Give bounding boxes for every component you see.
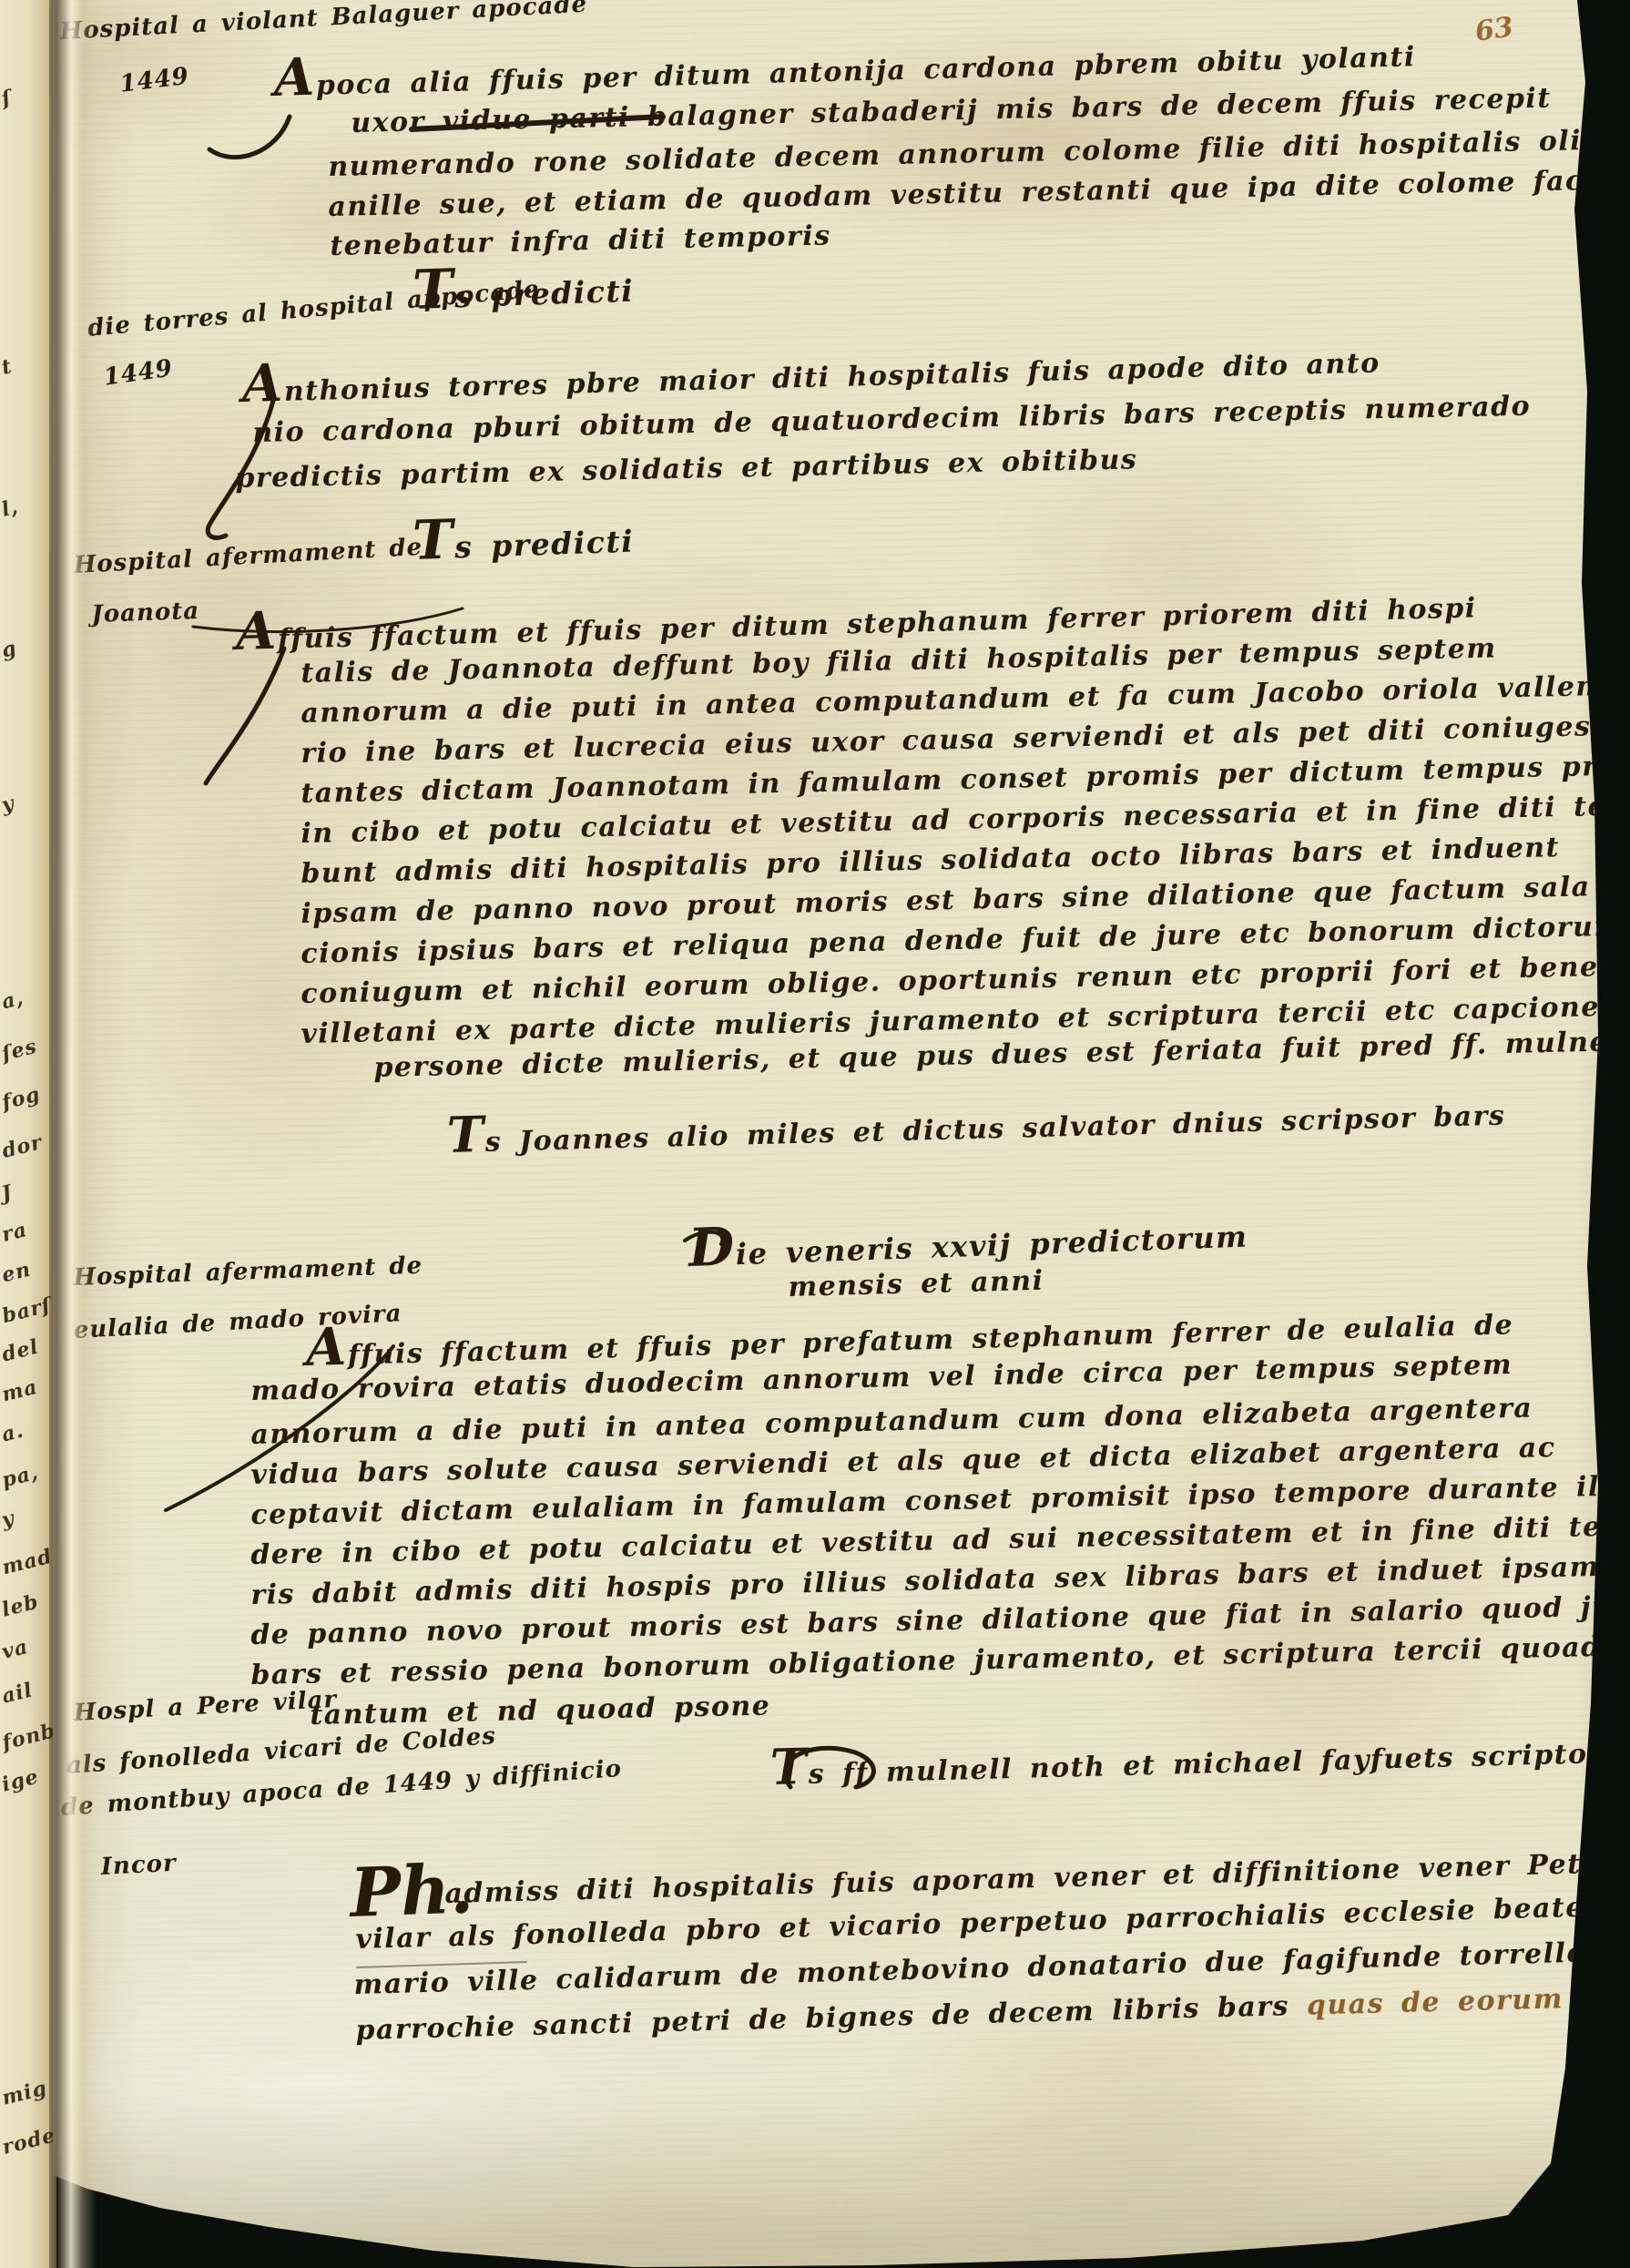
flourish-entry1-initial-tail — [209, 117, 290, 158]
margin-note-entry5-line4: Incor — [100, 1850, 177, 1881]
entry2-line-3: predictis partim ex solidatis et partibu… — [235, 444, 1138, 495]
entry4-witness-line: Ts ff mulnell noth et michael fayfuets s… — [769, 1713, 1630, 1795]
facing-page-text-fragment: l, — [0, 495, 21, 522]
facing-page-text-fragment: a, — [0, 986, 26, 1014]
facing-page-text-fragment: en — [0, 1258, 34, 1288]
margin-note-entry2-year: 1449 — [102, 354, 175, 391]
entry3-witness-line: Ts Joannes alio miles et dictus salvator… — [446, 1078, 1506, 1164]
facing-page-edge: ſtl,gya,ſesfogdorJraenbarſdelmaa.pa,ymad… — [0, 0, 56, 2268]
facing-page-text-fragment: mig — [0, 2076, 49, 2110]
facing-page-text-fragment: leb — [0, 1589, 41, 1621]
folio-number: 63 — [1473, 11, 1515, 47]
facing-page-text-fragment: t — [0, 354, 15, 380]
facing-page-text-fragment: J — [0, 1180, 15, 1206]
facing-page-text-fragment: ra — [0, 1218, 30, 1247]
margin-note-entry5-line1: Hospl a Pere vilar — [73, 1686, 338, 1727]
facing-page-text-fragment: ſ — [0, 86, 14, 111]
margin-note-entry1-title: Hospital a violant Balaguer apocade — [59, 0, 588, 46]
entry5-line-4-tail: quas de eorum voluntate — [1306, 1978, 1630, 2021]
flourish-entry3-initial-tail — [206, 649, 284, 783]
facing-page-text-fragment: mad — [0, 1545, 55, 1580]
entry4-line-10: tantum et nd quoad psone — [310, 1690, 771, 1732]
facing-page-text-fragment: y — [0, 792, 17, 818]
margin-note-entry4-title-line1: Hospital afermament de — [73, 1252, 423, 1292]
facing-page-text-fragment: ige — [0, 1764, 41, 1796]
facing-page-text-fragment: fonb — [0, 1719, 56, 1755]
margin-note-entry3-title-line1: Hospital afermament de — [73, 534, 423, 579]
margin-note-entry3-title-line2: Joanota — [91, 598, 200, 628]
facing-page-text-fragment: ma — [0, 1375, 40, 1407]
entry2-witness-line: Ts predicti — [412, 502, 635, 573]
facing-page-text-fragment: ſes — [0, 1035, 39, 1067]
date-heading-line2: mensis et anni — [788, 1265, 1044, 1303]
facing-page-text-fragment: del — [0, 1334, 41, 1366]
facing-page-text-fragment: va — [0, 1635, 31, 1664]
facing-page-text-fragment: fog — [0, 1082, 43, 1115]
facing-page-text-fragment: dor — [0, 1130, 45, 1163]
margin-note-entry1-year: 1449 — [118, 63, 190, 98]
facing-page-text-fragment: a. — [0, 1418, 26, 1446]
facing-page-text-fragment: barſ — [0, 1293, 54, 1328]
facing-page-text-fragment: g — [0, 636, 19, 662]
facing-page-text-fragment: rode — [0, 2123, 56, 2160]
manuscript-photo: ſtl,gya,ſesfogdorJraenbarſdelmaa.pa,ymad… — [0, 0, 1630, 2268]
manuscript-page: 63 Hospital a violant Balaguer apocade 1… — [53, 0, 1630, 2268]
facing-page-text-fragment: ail — [0, 1678, 36, 1708]
facing-page-text-fragment: pa, — [0, 1461, 41, 1493]
facing-page-text-fragment: y — [0, 1507, 17, 1533]
entry5-line-4-main: parrochie sancti petri de bignes de dece… — [355, 1990, 1307, 2047]
